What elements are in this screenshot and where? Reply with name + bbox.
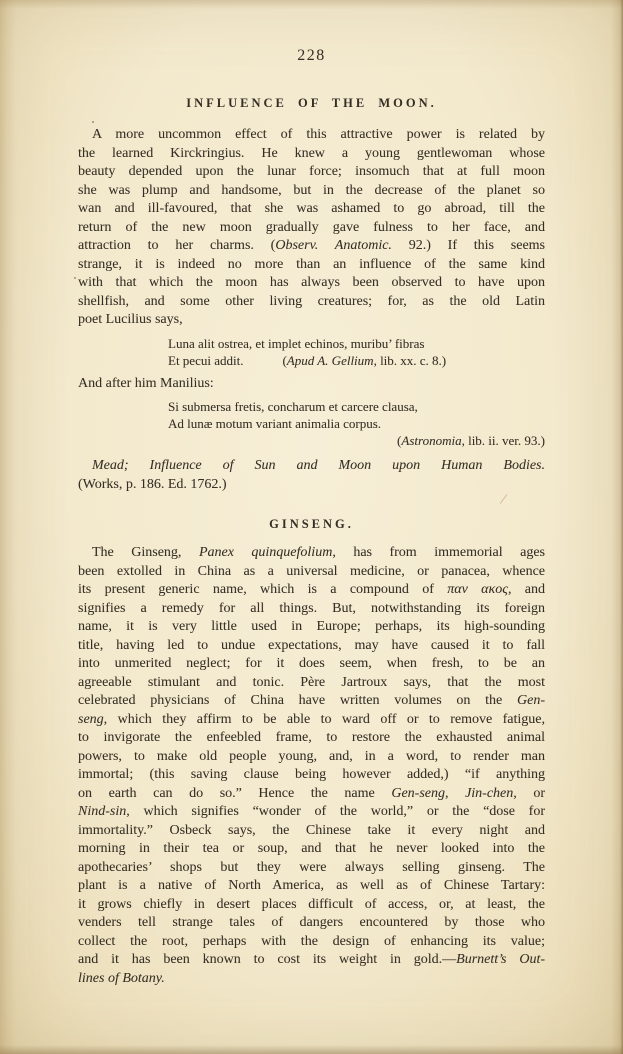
- text-line: signifies a remedy for all things. But, …: [78, 600, 545, 619]
- text-line: Si submersa fretis, concharum et carcere…: [168, 398, 545, 415]
- text-line: shellfish, and some other living creatur…: [78, 293, 545, 312]
- text-line: title, having led to undue expectations,…: [78, 637, 545, 656]
- text-line: the learned Kirckringius. He knew a youn…: [78, 145, 545, 164]
- pen-mark: /: [500, 492, 506, 509]
- text-line: to invigorate the enfeebled frame, to re…: [78, 729, 545, 748]
- text-line: powers, to make old people young, and, i…: [78, 748, 545, 767]
- text-line: poet Lucilius says,: [78, 311, 545, 330]
- text-line: immortality.” Osbeck says, the Chinese t…: [78, 822, 545, 841]
- text-line: The Ginseng, Panex quinquefolium, has fr…: [78, 544, 545, 563]
- paper-speck: [92, 121, 94, 123]
- text-line: been extolled in China as a universal me…: [78, 563, 545, 582]
- text-line: return of the new moon gradually gave fu…: [78, 219, 545, 238]
- section-heading-moon: INFLUENCE OF THE MOON.: [78, 95, 545, 111]
- text-line: (Astronomia, lib. ii. ver. 93.): [168, 432, 545, 449]
- text-line: And after him Manilius:: [78, 375, 545, 394]
- section-heading-ginseng: GINSENG.: [78, 516, 545, 532]
- text-line: plant is a native of North America, as w…: [78, 877, 545, 896]
- text-line: beauty depended upon the lunar force; in…: [78, 163, 545, 182]
- text-line: venders tell strange tales of dangers en…: [78, 914, 545, 933]
- text-line: Ad lunæ motum variant animalia corpus.: [168, 415, 545, 432]
- text-line: she was plump and handsome, but in the d…: [78, 182, 545, 201]
- text-line: on earth can do so.” Hence the name Gen-…: [78, 785, 545, 804]
- paper-speck: [518, 147, 520, 148]
- text-line: agreeable stimulant and tonic. Père Jart…: [78, 674, 545, 693]
- text-line: morning in their tea or soup, and that h…: [78, 840, 545, 859]
- text-line: strange, it is indeed no more than an in…: [78, 256, 545, 275]
- text-line: A more uncommon effect of this attractiv…: [78, 126, 545, 145]
- text-line: name, it is very little used in Europe; …: [78, 618, 545, 637]
- text-line: wan and ill-favoured, that she was asham…: [78, 200, 545, 219]
- text-line: apothecaries’ shops but they were always…: [78, 859, 545, 878]
- text-line: celebrated physicians of China have writ…: [78, 692, 545, 711]
- paper-speck: [74, 277, 76, 279]
- text-line: its present generic name, which is a com…: [78, 581, 545, 600]
- text-line: Nind-sin, which signifies “wonder of the…: [78, 803, 545, 822]
- text-line: Et pecui addit. (Apud A. Gellium, lib. x…: [168, 352, 545, 369]
- manilius-quote: Si submersa fretis, concharum et carcere…: [78, 398, 545, 449]
- ginseng-paragraph: The Ginseng, Panex quinquefolium, has fr…: [78, 544, 545, 988]
- moon-paragraph: A more uncommon effect of this attractiv…: [78, 126, 545, 330]
- text-line: Mead; Influence of Sun and Moon upon Hum…: [78, 457, 545, 476]
- text-line: into unmerited neglect; for it does seem…: [78, 655, 545, 674]
- text-line: it grows chiefly in desert places diffic…: [78, 896, 545, 915]
- text-line: attraction to her charms. (Observ. Anato…: [78, 237, 545, 256]
- mead-reference: Mead; Influence of Sun and Moon upon Hum…: [78, 457, 545, 494]
- text-line: immortal; (this saving clause being howe…: [78, 766, 545, 785]
- text-line: seng, which they affirm to be able to wa…: [78, 711, 545, 730]
- text-line: (Works, p. 186. Ed. 1762.): [78, 476, 545, 495]
- text-line: Luna alit ostrea, et implet echinos, mur…: [168, 335, 545, 352]
- lucilius-quote: Luna alit ostrea, et implet echinos, mur…: [78, 335, 545, 369]
- manilius-intro-line: And after him Manilius:: [78, 375, 545, 394]
- book-page: 228 INFLUENCE OF THE MOON. A more uncomm…: [0, 0, 623, 1054]
- text-line: lines of Botany.: [78, 970, 545, 989]
- text-line: with that which the moon has always been…: [78, 274, 545, 293]
- page-number: 228: [78, 46, 545, 65]
- text-line: and it has been known to cost its weight…: [78, 951, 545, 970]
- text-line: collect the root, perhaps with the desig…: [78, 933, 545, 952]
